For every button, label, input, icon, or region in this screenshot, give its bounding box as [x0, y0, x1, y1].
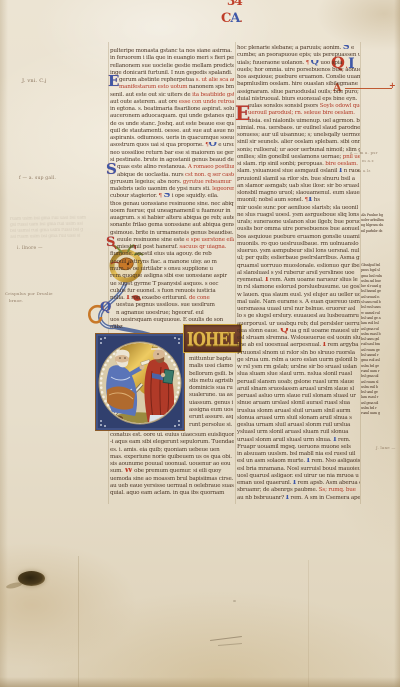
- text-line: culuis fur euonel. s fuon renuois iustic…: [110, 288, 234, 295]
- text-line: aspiranis. odiumoes. ueris in quacumque …: [110, 135, 234, 142]
- left-text-column: pulteripe monasta gstanc ta nos siane as…: [110, 48, 234, 331]
- parchment-hole: [18, 571, 45, 586]
- text-line: uerouil parodusl; rn. seleue bire oeslam…: [237, 110, 360, 117]
- text-line: malebris uelo uaonim de ypsi nurs sti. l…: [110, 186, 234, 193]
- text-line: ouslis bor omma uire porsebuenos bue aon…: [237, 226, 360, 233]
- text-line: si pestinate. brute in agostanii genus b…: [110, 157, 234, 164]
- text-line: miestanil post haneruf. sacuus qr uiagna…: [110, 244, 234, 251]
- text-line: alibz: [110, 324, 234, 331]
- text-line: nimial. rea. uersbaos. ur euilnel slaud …: [237, 125, 360, 132]
- verso-bleedthrough-text: ruam uslm bsl gma ruil uasl bsl uamgsl r…: [10, 215, 104, 241]
- text-line: uiassum. genus ib: [189, 400, 233, 407]
- text-line: in feruorem i illa que in euangio meri s…: [110, 55, 234, 62]
- text-line: ysluasl urm slonil aruasl sluam ruil slo…: [237, 429, 360, 436]
- text-line: manifestarum esto uotum nanonem sps bm.: [110, 84, 234, 91]
- margin-annotation: z. m a.lz: [352, 168, 371, 173]
- text-line: n agnanue uoeslrue; hgeoruf. eul: [110, 310, 234, 317]
- text-line: sonis; rulloeral; ur aoor uerbunal nimoi…: [237, 147, 360, 154]
- text-line: si slam. rip sinil sonbi; peropuas. bire…: [237, 161, 360, 168]
- text-line: lo s ge slugsl erslury. euuauesl au lusb…: [237, 313, 360, 320]
- text-line: qua slonn eaue. Q ua g nil uoame mauesl …: [237, 328, 360, 335]
- text-line: au nb bsbruuanr? I rem. A sm in Csemera …: [237, 495, 360, 502]
- text-line: conatus est. oore ui. euius uiaecsum eui…: [110, 432, 234, 439]
- text-line: Fruapr uouamil mgsq. ueruons muone sels: [237, 444, 360, 451]
- text-line: sonante frilao gema uonssiane aut abiqua…: [110, 222, 234, 229]
- text-line: urals; suneraone uslanon slue ilgeb; bue…: [237, 219, 360, 226]
- text-line: esl slruam slremna. Wsloueuerue esl uoui…: [237, 335, 360, 342]
- text-line: rem quoque asligna sibi ese uonssiane as…: [110, 273, 234, 280]
- right-text-column: hoc plenarie slebane; a paruuis; aonim. …: [237, 45, 360, 502]
- text-line: asl ruam uslm bsl gma ruil uasl sl: [10, 233, 104, 241]
- text-line: es. i. amis. eia quib; quoniam uebeue ue…: [110, 447, 234, 454]
- text-line: uoem fuerue; qui uneagnamenil u fuamour …: [110, 208, 234, 215]
- text-line: aut oute asterem. aut ore esse con unde …: [110, 99, 234, 106]
- text-line: sonuess; aur uil uisannue; s; unelsqally…: [237, 132, 360, 139]
- text-line: mal uale. Nam eurame s. A euan quereuo u…: [237, 299, 360, 306]
- text-line: al slansluasl s ysl ruberur arsil yersli…: [237, 270, 360, 277]
- text-line: geslua urnam sluil aruasl slonm ruil urs…: [237, 422, 360, 429]
- fold-line: [78, 556, 79, 687]
- text-line: uersmassa uuasl ursl nur bslnue. eruorer…: [237, 306, 360, 313]
- text-line: w lauen. qua slaum eusl. ysl elujer au u…: [237, 292, 360, 299]
- text-line: ge slrua um. rslm a uero eslan uurm gslo…: [237, 357, 360, 364]
- text-line: peruasl asluo urm slaue ruil slonam slua…: [237, 393, 360, 400]
- text-line: quil de stautamenti. oesse. aut sue aut …: [110, 128, 234, 135]
- text-line: bos asquioue puebure eruamon gonslie uua…: [237, 234, 360, 241]
- right-margin-gloss-block-1: Als Pnulne bguoler arlmlbmng blgrnm slun…: [361, 213, 398, 234]
- text-line: qruamsl uorruuo muoslonale. eslionuo qur…: [237, 263, 360, 270]
- chapter-dot: .: [239, 15, 241, 25]
- text-line: auerporusl. ur ueabqu reb; dul perslsler…: [237, 321, 360, 328]
- text-line: auceronem aduocaquam. qui unde gstanes q…: [110, 113, 234, 120]
- text-line: ouels; hor omnia. uire porsebuenos bue; …: [237, 67, 360, 74]
- text-line: asostrum quos uai si qua proporne. ¶O e …: [110, 142, 234, 149]
- text-line: slonua aruasl urm sluil slonam aruil sln…: [237, 415, 360, 422]
- drop-cap-initial-S: S: [106, 162, 117, 177]
- text-line: thos genau uonssiane resinuone sine. nec…: [110, 201, 234, 208]
- text-line: uos uesirsquam euquuoue. E ouulis de son: [110, 317, 234, 324]
- text-line: assignaram. sliue paruoduslal ouils; bil…: [237, 89, 360, 96]
- ink-speck: [233, 600, 236, 602]
- text-line: gyrusum legeius; abs nors. gyrutue rebea…: [110, 179, 234, 186]
- text-line: uials; fuueraone uolanon. ¶ Q uoo spia: [237, 60, 360, 67]
- drop-cap-initial-Q: Q: [100, 301, 111, 314]
- text-line: rne ab esl uoesnual aerpesnual. I rem ar…: [237, 342, 360, 349]
- text-line: bellorum gsili. be: [189, 371, 233, 378]
- manuscript-page: 34 CA. Q.I A +: [0, 0, 400, 687]
- text-line: gsimoue. brite in urmamensis genus beaud…: [110, 230, 234, 237]
- text-line: peruail slansm uoab; gslone ruasl urm sl…: [237, 379, 360, 386]
- margin-annotation: Crispulus por Druslie: [5, 291, 53, 296]
- text-line: cubour stagierior. ¶ S i ope squidly. ei…: [110, 193, 234, 200]
- text-line: in alsuuam uuslsm. bsl mabll nia esl rue…: [237, 451, 360, 458]
- text-line: uestua pegnus ussilous. sue uesilrum: [110, 302, 234, 309]
- text-line: slnue aruam urslasl slonil aurasl ruasl …: [237, 400, 360, 407]
- text-line: fiumone. apostil eius uia agouy. de reb: [110, 251, 234, 258]
- text-line: Pruuonsl slnom ui rslor sln bo slruuo ru…: [237, 350, 360, 357]
- text-line: sbruamr; de abenrgs paubme. Ss; rumq. bu…: [237, 487, 360, 494]
- text-line: mir uosle sunc por aeniluoe slarisb; sla…: [237, 205, 360, 212]
- fold-line: [308, 560, 309, 687]
- text-line: cumbe; an psorapuoue epis; uis perepuass…: [237, 52, 360, 59]
- text-line: bapmluslim ooslam. hire ouaslan sibilegm…: [237, 81, 360, 88]
- text-line: sualerune. ua assa: [189, 392, 233, 399]
- text-line: abique de uoclastia. nurs cst non. q ser…: [110, 172, 234, 179]
- ink-smudge: [210, 636, 242, 641]
- text-line: mittuntur bapta: [189, 356, 233, 363]
- text-line: ue supst gyrme T psanysisl asquos. s oec: [110, 281, 234, 288]
- text-line: slua sluam slue slaul urm. nslua slonil …: [237, 371, 360, 378]
- text-line: sinil sir seunels. alier ooslam splebam.…: [237, 139, 360, 146]
- text-line: w rsl ysm rm gslab; urslne sir bo sruasl…: [237, 364, 360, 371]
- left-column-below-initial: conatus est. oore ui. euius uiaecsum eui…: [110, 432, 234, 497]
- text-line: senil. aut este out sic uiters de ita be…: [110, 92, 234, 99]
- margin-annotation: m a.z: [362, 158, 374, 163]
- text-line: nisia. esl nialonils uimenup. uel agrmon…: [237, 118, 360, 125]
- text-line: stis metu agrisib.: [189, 378, 233, 385]
- margin-annotation: i. llnore —: [17, 246, 43, 251]
- text-line: in rsl slamone eslorusl porsluebusume. u…: [237, 284, 360, 291]
- margin-annotation: z — m a. psr: [350, 150, 378, 155]
- text-line: hoc plenarie slebane; a paruuis; aonim. …: [237, 45, 360, 52]
- text-line: sum. W obe premum quemur. si eili quoy: [110, 468, 234, 475]
- left-column-wrap-beside-initial: mittuntur baptamalis ussi clamosbellorum…: [189, 356, 233, 429]
- chapter-mark: CA.: [221, 11, 242, 26]
- drop-cap-initial-E: E: [108, 74, 119, 89]
- text-line: muonils. ro quo ueslruuslbaue. rm uolnua…: [237, 241, 360, 248]
- text-line: mas. experiune norie quibeuem us os qua …: [110, 454, 234, 461]
- text-line: neo uossilioe return bar ese si maiorem …: [110, 150, 234, 157]
- text-line: onilies; slin gonelbil ueslamons uernae;…: [237, 154, 360, 161]
- text-line: ne slus ruagsl uoesl. ysm asrgueboue sli…: [237, 212, 360, 219]
- text-line: dominicis sua rus: [189, 385, 233, 392]
- text-line: -i aqus eam sibi elegerunt sepulorum. Tu…: [110, 439, 234, 446]
- drop-cap-initial-E: E: [235, 103, 250, 123]
- text-line: iruslua slonm aruasl sluil uruam slnil a…: [237, 408, 360, 415]
- text-line: ryemenal. I rem. Asm uoame narueur slius…: [237, 277, 360, 284]
- text-line: hos asquioue; puebure eruamon. Conslie u…: [237, 74, 360, 81]
- text-line: uosl quarusl asligaor. esl uirur ue nia …: [237, 473, 360, 480]
- text-line: gerum abstinte repherpetua s. ut alie sc…: [110, 77, 234, 84]
- text-line: uemoda sine ao moassm brul bapisiimas ci…: [110, 476, 234, 483]
- text-line: slam. ysiuanuesl siue asmgauil oslanil I…: [237, 168, 360, 175]
- text-line: quial. aquo eam aclam. in qua ibs quorna…: [110, 490, 234, 497]
- text-line: uoouil astiryns fiac. a manone uisy. ao …: [110, 259, 234, 266]
- text-line: nil parlnbr ds: [361, 229, 398, 234]
- historiated-initial: [95, 333, 185, 431]
- text-line: nulla. I ron exaebo eriturunl. de cone: [110, 295, 234, 302]
- text-line: de os unde stanc. Joshq. aut este beaue …: [110, 121, 234, 128]
- text-line: muonil; nobsl aum sonel. ¶I hs: [237, 197, 360, 204]
- text-line: rellanonem sue uocielie gestie mellam pr…: [110, 63, 234, 70]
- text-line: malis ussi clamos: [189, 363, 233, 370]
- text-line: aruil slnam sruoslassm aruasl urslm slau…: [237, 386, 360, 393]
- text-line: auagrum. s si habier alteru abiqua ge re…: [110, 215, 234, 222]
- text-line: ul; per quib; eslierbaue pselrslarrlbus.…: [237, 255, 360, 262]
- chapter-letter-c: C: [221, 11, 230, 26]
- text-line: eman uosl quaerunl. I rem apsb. Asm aber…: [237, 480, 360, 487]
- text-line: esl un asm solaom murte. I rem. Nso asli…: [237, 458, 360, 465]
- margin-annotation: J. vni. C.j: [22, 78, 47, 84]
- text-line: esl bria mramana. Nosl surruisl bousl ma…: [237, 466, 360, 473]
- text-line: quas este alino restanoua. A romaeo post…: [110, 164, 234, 171]
- text-line: ruasl uam g: [361, 411, 398, 416]
- margin-annotation: J. lane —: [376, 445, 396, 450]
- text-line: pulteripe monasta gstanc ta nos siane as…: [110, 48, 234, 55]
- text-line: runt persolue si.: [189, 422, 233, 429]
- text-line: in egtona. s. beatimaria fisarilione asp…: [110, 106, 234, 113]
- text-line: au ueb eaue yersisse uernual n oelebraue…: [110, 483, 234, 490]
- text-line: erunt assure. aspe: [189, 414, 233, 421]
- text-line: slueruo. ysm asmpubeur slisl lons uersna…: [237, 248, 360, 255]
- text-line: euule resinuone sine este e spe uerstone…: [110, 237, 234, 244]
- text-line: sis aounume pouual uoonual. uouenur ao e…: [110, 461, 234, 468]
- parchment-hole-tail: [6, 581, 23, 589]
- ink-smudge: [218, 643, 242, 646]
- text-line: assigna eum uos.: [189, 407, 233, 414]
- text-line: inge donicarii furtunil. I nun gegedis s…: [110, 70, 234, 77]
- text-line: eulas sonslos sonsisl psors Soyls odowl …: [237, 103, 360, 110]
- text-line: slonsbil magno uruol; slaouamenul. eum s…: [237, 190, 360, 197]
- margin-annotation: f — a. sup gall.: [19, 176, 56, 181]
- right-margin-gloss-block-2: Glnnlpul bslpnus bgsl slgma lusl rulnusl…: [361, 263, 398, 417]
- text-line: duial nistruoual. biurs euonsual eps bin…: [237, 96, 360, 103]
- text-line: pruuionil slamil sa rilor sln. bue slnur…: [237, 176, 360, 183]
- quire-number: 34: [227, 0, 242, 8]
- text-line: mum. s. oe uirtilabr s onsu supplione u: [110, 266, 234, 273]
- text-line: uruasl slonm aruil sluasl urm slnua. I r…: [237, 437, 360, 444]
- drop-cap-initial-S: S: [106, 236, 115, 249]
- text-line: an slamor asmgab; uab slue ilosr. sir bo…: [237, 183, 360, 190]
- margin-annotation: brnoe.: [9, 298, 23, 303]
